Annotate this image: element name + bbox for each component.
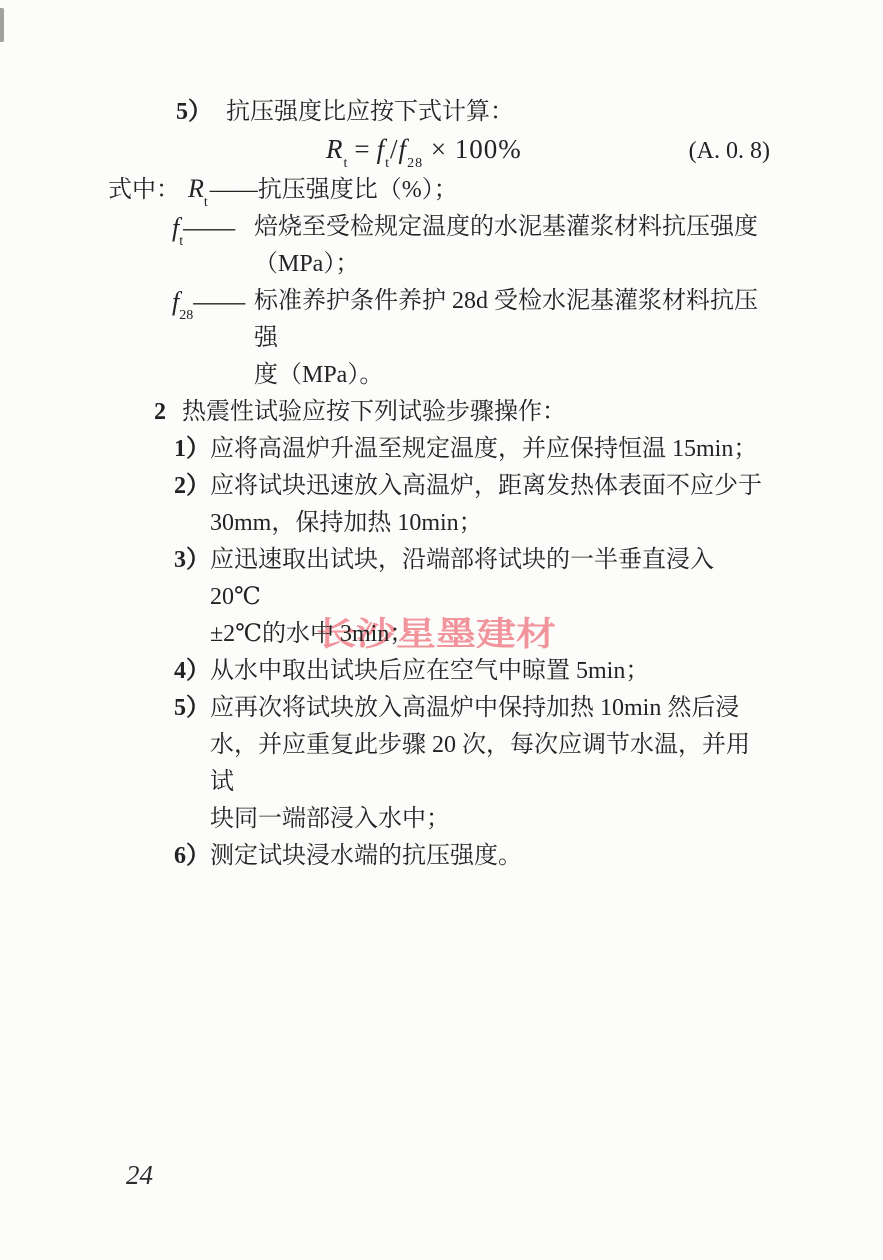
step-4-line-1: 从水中取出试块后应在空气中晾置 5min；: [210, 653, 649, 690]
formula-ft-symbol: f: [377, 134, 386, 164]
def-Rt-sub: t: [204, 195, 208, 210]
step-3-line-2: ±2℃的水中 3min；: [210, 616, 770, 653]
def-ft-line-1: 焙烧至受检规定温度的水泥基灌浆材料抗压强度: [254, 209, 758, 246]
step-1-number: 1）: [174, 431, 210, 468]
step-item-1: 1） 应将高温炉升温至规定温度，并应保持恒温 15min；: [174, 431, 770, 468]
step-5-line-2: 水，并应重复此步骤 20 次，每次应调节水温，并用试: [210, 727, 770, 801]
formula-Rt-symbol: R: [326, 134, 344, 164]
where-label: 式中：: [108, 177, 180, 203]
where-clause-Rt: 式中：Rt——抗压强度比（%）；: [108, 170, 770, 209]
clause-2-heading: 2热震性试验应按下列试验步骤操作：: [154, 394, 770, 431]
def-f28-lines: 标准养护条件养护 28d 受检水泥基灌浆材料抗压强 度（MPa）。: [254, 283, 770, 394]
step-5-line-1: 应再次将试块放入高温炉中保持加热 10min 然后浸: [210, 690, 770, 727]
step-item-5: 5） 应再次将试块放入高温炉中保持加热 10min 然后浸 水，并应重复此步骤 …: [174, 690, 770, 838]
step-item-4: 4） 从水中取出试块后应在空气中晾置 5min；: [174, 653, 770, 690]
def-ft-line-2: （MPa）；: [254, 246, 758, 283]
def-ft-lines: 焙烧至受检规定温度的水泥基灌浆材料抗压强度 （MPa）；: [254, 209, 758, 283]
formula-a-0-8: Rt=ft/f28 × 100%: [326, 131, 522, 168]
page-number: 24: [126, 1160, 153, 1191]
def-Rt-symbol: Rt: [188, 174, 208, 203]
item-5-text: 抗压强度比应按下式计算：: [226, 99, 514, 125]
step-3-line-1: 应迅速取出试块，沿端部将试块的一半垂直浸入 20℃: [210, 542, 770, 616]
step-item-6: 6） 测定试块浸水端的抗压强度。: [174, 838, 770, 875]
step-3-lines: 应迅速取出试块，沿端部将试块的一半垂直浸入 20℃ ±2℃的水中 3min；: [210, 542, 770, 653]
def-f28-symbol: f28——: [172, 283, 254, 394]
formula-Rt-subscript: t: [344, 156, 349, 171]
step-6-lines: 测定试块浸水端的抗压强度。: [210, 838, 522, 875]
step-4-number: 4）: [174, 653, 210, 690]
step-3-number: 3）: [174, 542, 210, 653]
formula-f28-subscript: 28: [407, 156, 423, 171]
document-page: 长沙星墨建材 5）抗压强度比应按下式计算： Rt=ft/f28 × 100% (…: [0, 0, 883, 1260]
definition-ft: ft—— 焙烧至受检规定温度的水泥基灌浆材料抗压强度 （MPa）；: [172, 209, 770, 283]
formula-times-100: × 100%: [431, 134, 522, 164]
step-1-line-1: 应将高温炉升温至规定温度，并应保持恒温 15min；: [210, 431, 757, 468]
def-ft-dash: ——: [183, 213, 235, 242]
step-5-line-3: 块同一端部浸入水中；: [210, 801, 770, 838]
step-5-number: 5）: [174, 690, 210, 838]
formula-equals: =: [348, 134, 376, 164]
clause-2-number: 2: [154, 399, 166, 425]
item-5-number: 5）: [176, 99, 212, 125]
formula-f28-symbol: f: [399, 134, 408, 164]
step-6-number: 6）: [174, 838, 210, 875]
clause-2-title: 热震性试验应按下列试验步骤操作：: [182, 399, 566, 425]
scan-edge-artifact: [0, 8, 4, 42]
equation-number: (A. 0. 8): [689, 133, 770, 170]
step-4-lines: 从水中取出试块后应在空气中晾置 5min；: [210, 653, 649, 690]
def-ft-symbol: ft——: [172, 209, 254, 283]
page-content: 5）抗压强度比应按下式计算： Rt=ft/f28 × 100% (A. 0. 8…: [108, 94, 770, 875]
step-2-line-1: 应将试块迅速放入高温炉，距离发热体表面不应少于: [210, 468, 762, 505]
step-2-lines: 应将试块迅速放入高温炉，距离发热体表面不应少于 30mm，保持加热 10min；: [210, 468, 762, 542]
formula-slash: /: [390, 134, 399, 164]
def-ft-sub: t: [179, 234, 183, 249]
def-f28-dash: ——: [193, 287, 245, 316]
definition-f28: f28—— 标准养护条件养护 28d 受检水泥基灌浆材料抗压强 度（MPa）。: [172, 283, 770, 394]
formula-row: Rt=ft/f28 × 100% (A. 0. 8): [108, 131, 770, 170]
step-5-lines: 应再次将试块放入高温炉中保持加热 10min 然后浸 水，并应重复此步骤 20 …: [210, 690, 770, 838]
step-1-lines: 应将高温炉升温至规定温度，并应保持恒温 15min；: [210, 431, 757, 468]
step-2-line-2: 30mm，保持加热 10min；: [210, 505, 762, 542]
step-2-number: 2）: [174, 468, 210, 542]
def-Rt-dash: ——: [210, 177, 258, 203]
list-item-5-heading: 5）抗压强度比应按下式计算：: [108, 94, 770, 131]
def-f28-sub: 28: [179, 308, 193, 323]
step-item-2: 2） 应将试块迅速放入高温炉，距离发热体表面不应少于 30mm，保持加热 10m…: [174, 468, 770, 542]
def-Rt-var: R: [188, 174, 204, 203]
formula-ft-subscript: t: [385, 156, 390, 171]
def-Rt-text: 抗压强度比（%）；: [258, 177, 458, 203]
def-f28-line-2: 度（MPa）。: [254, 357, 770, 394]
def-f28-line-1: 标准养护条件养护 28d 受检水泥基灌浆材料抗压强: [254, 283, 770, 357]
step-item-3: 3） 应迅速取出试块，沿端部将试块的一半垂直浸入 20℃ ±2℃的水中 3min…: [174, 542, 770, 653]
step-6-line-1: 测定试块浸水端的抗压强度。: [210, 838, 522, 875]
